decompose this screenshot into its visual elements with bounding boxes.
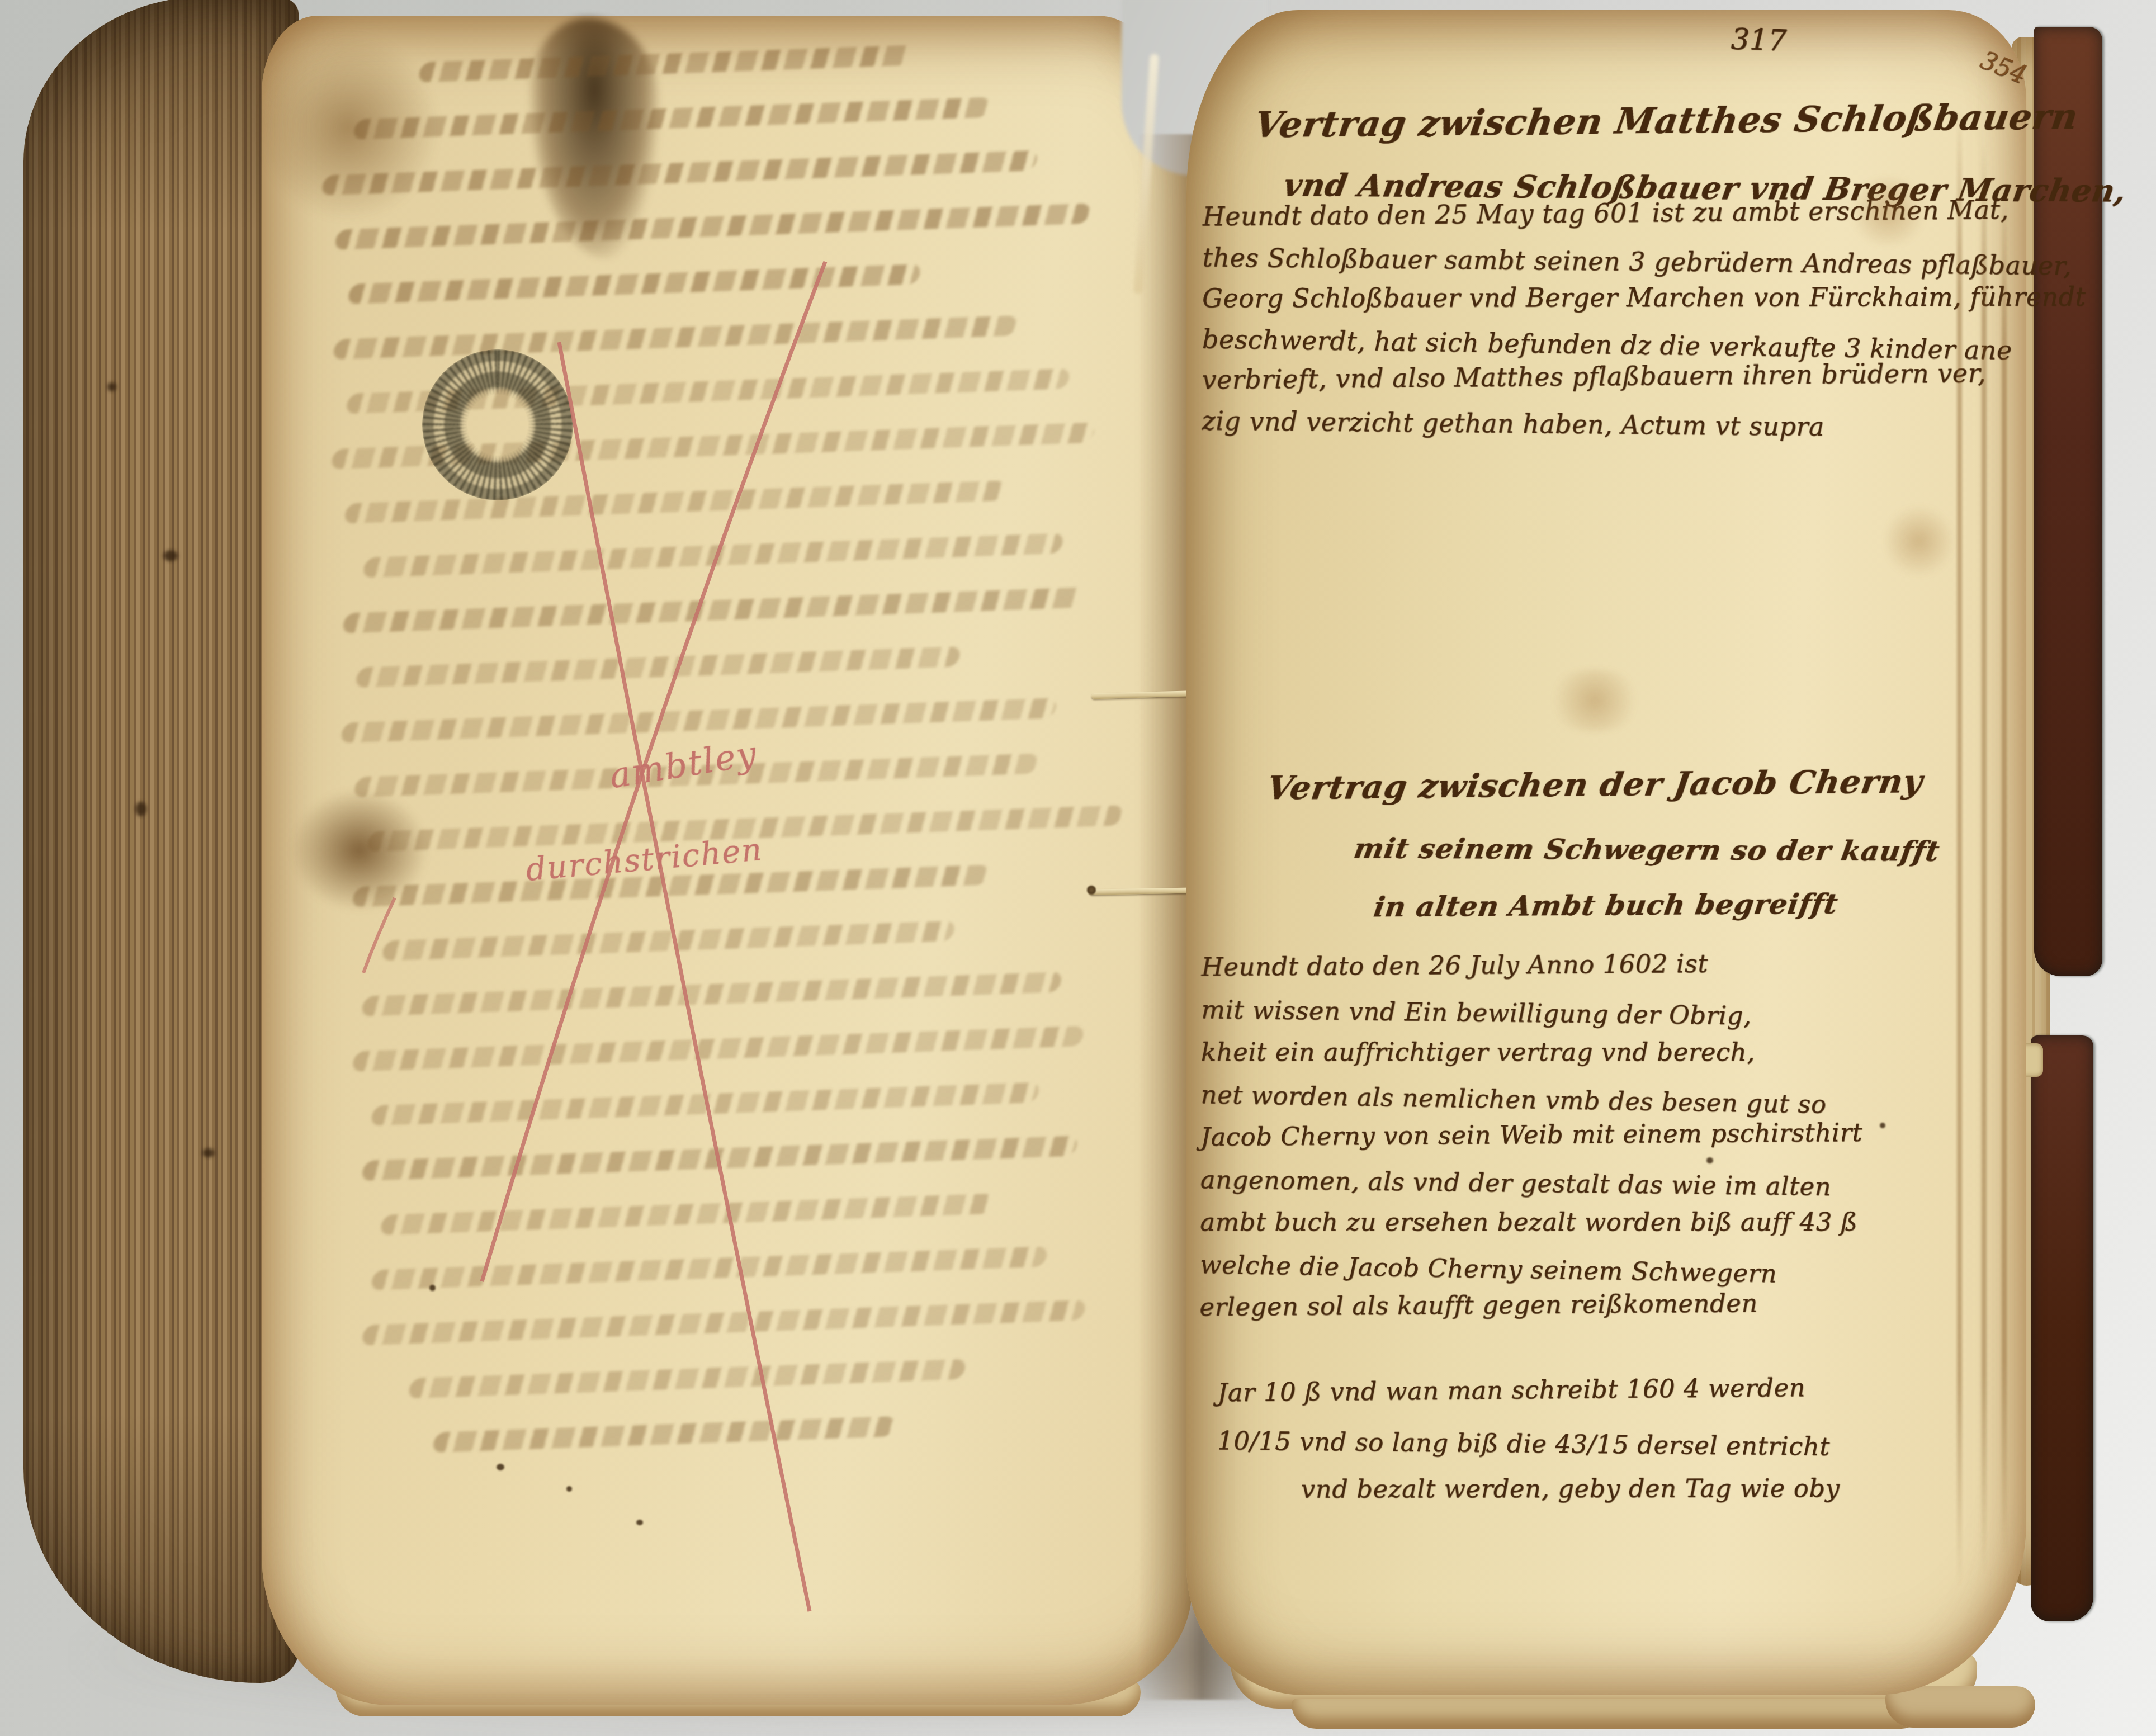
faded-text-line	[432, 1416, 896, 1453]
entry2-body-text: Heundt dato den 26 July Anno 1602 istmit…	[1199, 952, 1864, 1338]
manuscript-text-line: verbrieft, vnd also Matthes pflaßbauern …	[1202, 357, 2086, 405]
fore-edge-stain	[135, 802, 146, 816]
manuscript-text-line: ambt buch zu ersehen bezalt worden biß a…	[1200, 1207, 1862, 1250]
binding-thread-hole	[1087, 886, 1096, 895]
faded-text-line	[351, 1026, 1085, 1072]
entry2-closing-text: Jar 10 ß vnd wan man schreibt 160 4 werd…	[1217, 1378, 1841, 1524]
page-fold-ridge	[1982, 144, 1987, 1576]
fore-edge-stain	[107, 382, 116, 391]
manuscript-text-line: Heundt dato den 26 July Anno 1602 ist	[1201, 948, 1864, 995]
entry2-title-line-2: mit seinem Schwegern so der kaufft	[1351, 831, 1942, 867]
foxing-spot	[1846, 178, 1930, 245]
faded-text-line	[354, 646, 962, 688]
photograph-of-open-manuscript-book: ambtley durchstrichen 317 354 Vertrag zw…	[0, 0, 2156, 1736]
page-fold-ridge	[1957, 111, 1962, 1587]
faded-text-line	[417, 45, 914, 82]
faded-text-line	[361, 1136, 1079, 1181]
manuscript-text-line: Jacob Cherny von sein Weib mit einem psc…	[1200, 1118, 1863, 1165]
manuscript-text-line: zig vnd verzicht gethan haben, Actum vt …	[1202, 405, 2086, 455]
ink-speck	[1706, 1157, 1713, 1163]
manuscript-text-line: erlegen sol als kaufft gegen reißkomende…	[1199, 1288, 1862, 1335]
manuscript-text-line: Jar 10 ß vnd wan man schreibt 160 4 werd…	[1217, 1372, 1840, 1426]
faded-text-line	[342, 587, 1084, 633]
faded-text-line	[370, 1246, 1049, 1290]
faded-text-line	[334, 204, 1092, 250]
right-page: 317 354 Vertrag zwischen Matthes Schloßb…	[1186, 10, 2026, 1695]
manuscript-text-line: Heundt dato den 25 May tag 601 ist zu am…	[1202, 193, 2086, 242]
manuscript-text-line: vnd bezalt werden, geby den Tag wie oby	[1301, 1473, 1840, 1522]
ink-speck	[429, 1285, 436, 1291]
foxing-spot	[1885, 502, 1952, 580]
entry2-title-line-1: Vertrag zwischen der Jacob Cherny	[1265, 762, 1926, 807]
faded-text-line	[361, 1300, 1087, 1345]
faded-text-line	[339, 698, 1058, 743]
page-fold-ridge	[2002, 189, 2007, 1553]
ink-speck	[566, 1486, 572, 1492]
under-page-corner	[1885, 1686, 2035, 1728]
faded-text-line	[381, 921, 956, 961]
ink-speck	[497, 1464, 504, 1470]
faded-text-line	[343, 480, 1006, 523]
entry1-body-text: Heundt dato den 25 May tag 601 ist zu am…	[1202, 201, 2086, 450]
manuscript-text-line: Georg Schloßbauer vnd Berger Marchen von…	[1202, 281, 2086, 324]
leather-cover-edge-bottom	[2031, 1035, 2093, 1621]
ink-speck	[636, 1520, 643, 1525]
faded-text-line	[370, 1082, 1041, 1126]
leather-cover-edge-top	[2034, 27, 2102, 976]
faded-text-line	[362, 533, 1065, 578]
manuscript-text-line: 10/15 vnd so lang biß die 43/15 dersel e…	[1217, 1426, 1841, 1480]
entry2-title-line-3: in alten Ambt buch begreifft	[1372, 887, 1840, 923]
faded-text-line	[360, 972, 1063, 1016]
fore-edge-stain	[202, 1148, 215, 1157]
under-page-edge-right-lower	[1292, 1699, 1923, 1729]
fore-edge-stain	[163, 550, 178, 561]
faded-text-line	[332, 315, 1018, 360]
faded-text-line	[407, 1359, 967, 1399]
page-block-fore-edge	[23, 0, 299, 1683]
faded-text-line	[352, 97, 991, 140]
page-number: 317	[1731, 22, 1787, 58]
faded-text-line	[379, 1194, 994, 1235]
ink-speck	[1880, 1123, 1885, 1128]
manuscript-text-line: kheit ein auffrichtiger vertrag vnd bere…	[1201, 1037, 1863, 1080]
faded-text-line	[320, 150, 1039, 196]
foxing-spot	[1544, 670, 1645, 731]
faded-text-line	[347, 264, 922, 304]
